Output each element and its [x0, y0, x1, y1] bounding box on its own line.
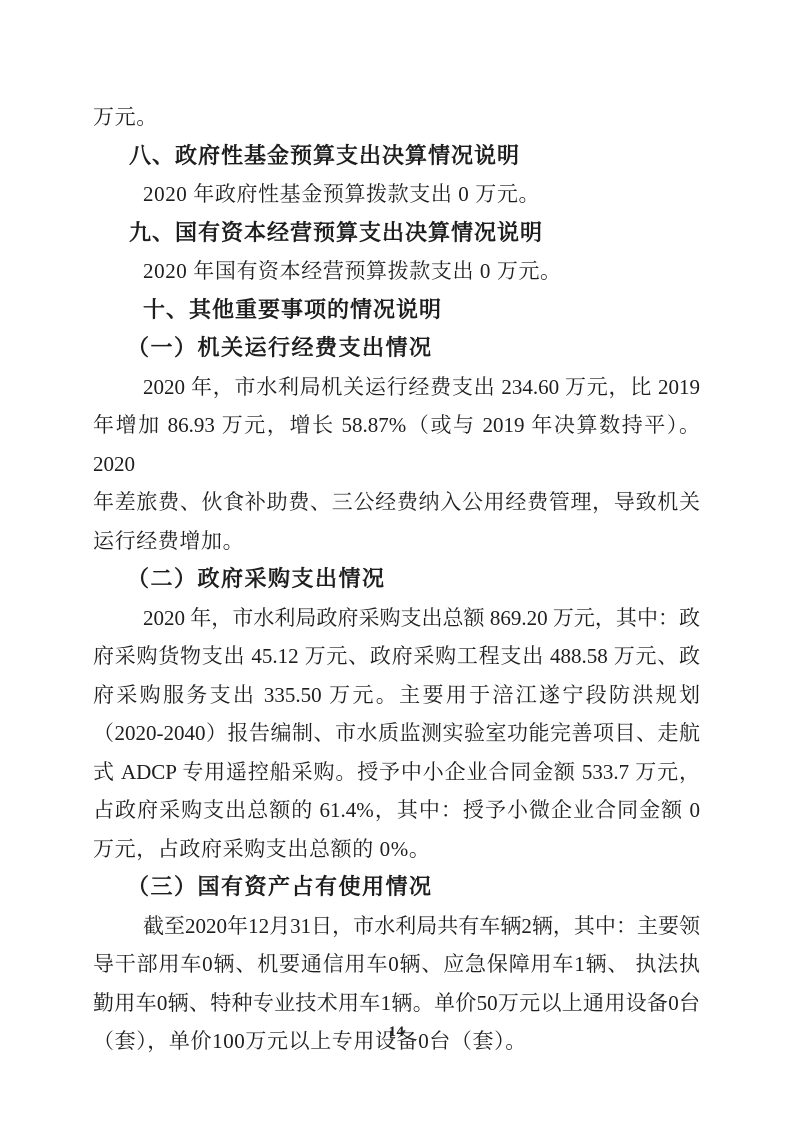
paragraph-line: 式 ADCP 专用遥控船采购。授予中小企业合同金额 533.7 万元，: [93, 753, 700, 792]
section-heading: 九、国有资本经营预算支出决算情况说明: [93, 214, 700, 253]
section-viii-gov-fund-budget: 八、政府性基金预算支出决算情况说明 2020 年政府性基金预算拨款支出 0 万元…: [93, 137, 700, 214]
page-number: 14: [0, 1024, 793, 1041]
section-x-other-important-matters: 十、其他重要事项的情况说明 （一）机关运行经费支出情况 2020 年，市水利局机…: [93, 291, 700, 1061]
paragraph-line-continuation: 万元。: [93, 98, 700, 137]
subsection-1-agency-operating-expense: （一）机关运行经费支出情况 2020 年，市水利局机关运行经费支出 234.60…: [93, 329, 700, 560]
section-heading: 十、其他重要事项的情况说明: [93, 291, 700, 330]
paragraph-line: 占政府采购支出总额的 61.4%，其中：授予小微企业合同金额 0: [93, 791, 700, 830]
paragraph-line: 2020 年政府性基金预算拨款支出 0 万元。: [93, 175, 700, 214]
paragraph-line: 年差旅费、伙食补助费、三公经费纳入公用经费管理，导致机关: [93, 483, 700, 522]
paragraph-line: 勤用车0辆、特种专业技术用车1辆。单价50万元以上通用设备0台: [93, 984, 700, 1023]
paragraph-line: 2020 年，市水利局机关运行经费支出 234.60 万元，比 2019: [93, 368, 700, 407]
section-heading: 八、政府性基金预算支出决算情况说明: [93, 137, 700, 176]
paragraph-line: （2020-2040）报告编制、市水质监测实验室功能完善项目、走航: [93, 714, 700, 753]
subsection-heading: （一）机关运行经费支出情况: [93, 329, 700, 368]
paragraph-line: 2020 年，市水利局政府采购支出总额 869.20 万元，其中：政: [93, 599, 700, 638]
paragraph-line: 截至2020年12月31日，市水利局共有车辆2辆，其中：主要领: [93, 907, 700, 946]
paragraph-line: 导干部用车0辆、机要通信用车0辆、应急保障用车1辆、 执法执: [93, 945, 700, 984]
document-page: 万元。 八、政府性基金预算支出决算情况说明 2020 年政府性基金预算拨款支出 …: [0, 0, 793, 1122]
paragraph-line: 年增加 86.93 万元，增长 58.87%（或与 2019 年决算数持平）。2…: [93, 406, 700, 483]
paragraph-line: 运行经费增加。: [93, 522, 700, 561]
subsection-2-gov-procurement-expense: （二）政府采购支出情况 2020 年，市水利局政府采购支出总额 869.20 万…: [93, 560, 700, 868]
paragraph-line: 府采购货物支出 45.12 万元、政府采购工程支出 488.58 万元、政: [93, 637, 700, 676]
paragraph-line: 万元，占政府采购支出总额的 0%。: [93, 830, 700, 869]
paragraph-line: 2020 年国有资本经营预算拨款支出 0 万元。: [93, 252, 700, 291]
subsection-heading: （三）国有资产占有使用情况: [93, 868, 700, 907]
subsection-heading: （二）政府采购支出情况: [93, 560, 700, 599]
paragraph-line: 府采购服务支出 335.50 万元。主要用于涪江遂宁段防洪规划: [93, 676, 700, 715]
section-ix-state-capital-budget: 九、国有资本经营预算支出决算情况说明 2020 年国有资本经营预算拨款支出 0 …: [93, 214, 700, 291]
